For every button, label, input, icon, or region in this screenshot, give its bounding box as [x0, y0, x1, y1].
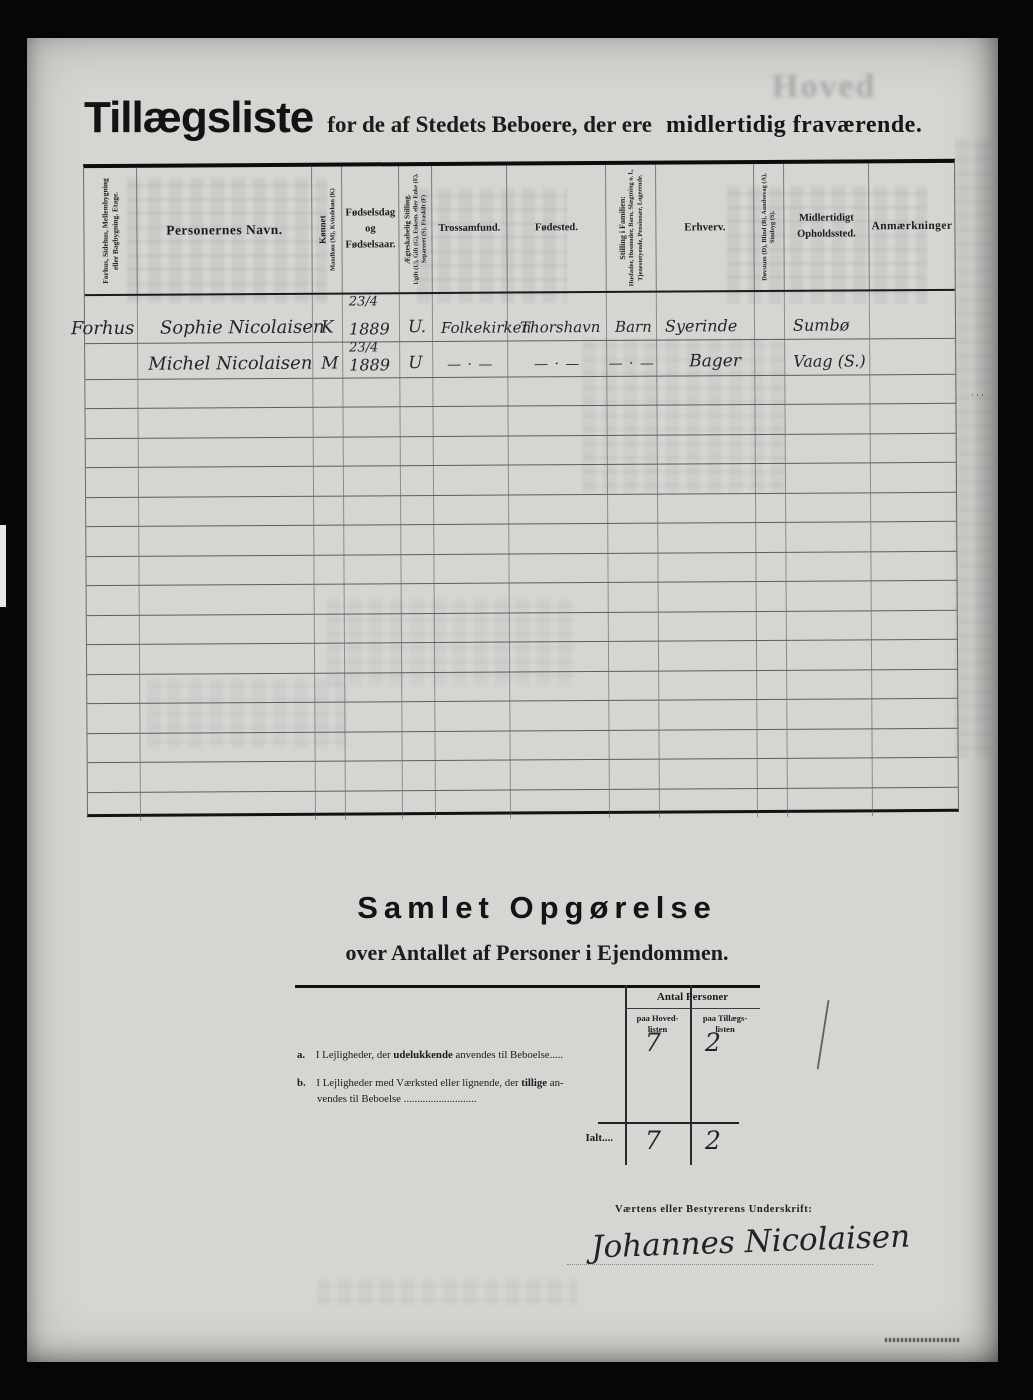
- table-cell: [316, 791, 346, 820]
- summary-row-a: a. I Lejligheder, der udelukkende anvend…: [297, 1048, 612, 1064]
- table-cell: [140, 703, 315, 733]
- table-cell: [659, 641, 757, 670]
- table-cell: [510, 642, 609, 671]
- table-cell: [315, 614, 345, 643]
- table-cell: [314, 467, 344, 496]
- cell-birthplace: — · —: [508, 341, 607, 377]
- form-title-subtitle: for de af Stedets Beboere, der ere: [327, 112, 652, 138]
- table-cell: [872, 611, 957, 640]
- table-cell: [872, 581, 957, 610]
- table-cell: [345, 702, 402, 731]
- table-cell: [757, 671, 787, 700]
- table-cell: [609, 642, 659, 671]
- table-cell: [510, 583, 609, 612]
- table-cell: [756, 464, 786, 493]
- table-cell: [86, 409, 139, 438]
- table-cell: [609, 671, 659, 700]
- header-sex: Kønnet Mandkøn (M), Kvindekøn (K): [312, 167, 343, 293]
- cell-building: Forhus: [85, 296, 138, 343]
- cell-marital: U.: [400, 294, 433, 341]
- table-cell: [510, 672, 609, 701]
- table-cell: [403, 761, 436, 790]
- cell-occupation: Syerinde: [657, 292, 755, 340]
- table-cell: [140, 644, 315, 674]
- table-cell: [314, 437, 344, 466]
- cell-building: [85, 344, 138, 379]
- table-cell: [510, 731, 609, 760]
- summary-section: Samlet Opgørelse over Antallet af Person…: [267, 890, 807, 1200]
- table-cell: [403, 791, 436, 820]
- table-cell: [141, 791, 316, 821]
- table-cell: [345, 673, 402, 702]
- table-cell: [139, 556, 314, 586]
- scan-background: { "page": { "title": "Tillægsliste", "su…: [0, 0, 1033, 1400]
- summary-title: Samlet Opgørelse: [267, 890, 807, 926]
- header-occupation: Erhverv.: [656, 164, 755, 291]
- cell-family: — · —: [607, 341, 657, 376]
- header-faith: Trossamfund.: [432, 166, 508, 292]
- cell-residence: Sumbø: [785, 291, 870, 339]
- scan-artifact-dots: ···: [971, 390, 986, 400]
- table-cell: [872, 728, 957, 757]
- summary-group-underline: [625, 1008, 760, 1009]
- header-name: Personernes Navn.: [137, 167, 313, 294]
- summary-value-a-hoved: 7: [645, 1028, 661, 1057]
- table-cell: [787, 670, 872, 699]
- table-cell: [139, 408, 314, 438]
- table-cell: [402, 584, 435, 613]
- cell-faith: Folkekirken: [433, 294, 508, 341]
- form-title-subtitle-bold: midlertidig fraværende.: [666, 112, 922, 139]
- table-cell: [346, 761, 403, 790]
- table-row-sophie: Forhus Sophie Nicolaisen K 23/4 1889 U. …: [85, 291, 955, 344]
- table-blank-row: [88, 787, 958, 821]
- table-cell: [344, 437, 401, 466]
- table-cell: [756, 553, 786, 582]
- summary-total-line: [598, 1122, 739, 1124]
- cell-sex: M: [313, 343, 343, 378]
- table-cell: [435, 731, 510, 760]
- table-cell: [139, 438, 314, 468]
- table-cell: [610, 789, 660, 818]
- table-cell: [87, 674, 140, 703]
- table-cell: [870, 404, 955, 433]
- table-cell: [509, 465, 608, 494]
- table-cell: [343, 378, 400, 407]
- table-cell: [435, 584, 510, 613]
- table-cell: [315, 732, 345, 761]
- table-cell: [401, 555, 434, 584]
- summary-table-vline: [690, 985, 692, 1165]
- table-cell: [608, 495, 658, 524]
- table-cell: [139, 467, 314, 497]
- table-cell: [401, 496, 434, 525]
- table-cell: [658, 523, 756, 552]
- table-cell: [872, 699, 957, 728]
- table-cell: [344, 555, 401, 584]
- table-cell: [786, 434, 871, 463]
- header-marital-status: Ægteskabelig Stilling. Ugift (U), Gift (…: [399, 166, 433, 292]
- table-body: Forhus Sophie Nicolaisen K 23/4 1889 U. …: [85, 291, 958, 821]
- table-cell: [402, 702, 435, 731]
- table-cell: [344, 408, 401, 437]
- table-cell: [509, 495, 608, 524]
- table-cell: [138, 379, 313, 409]
- table-cell: [659, 582, 757, 611]
- table-cell: [508, 377, 607, 406]
- table-cell: [402, 732, 435, 761]
- table-cell: [87, 586, 140, 615]
- table-cell: [314, 408, 344, 437]
- table-cell: [787, 699, 872, 728]
- table-cell: [785, 375, 870, 404]
- table-cell: [140, 732, 315, 762]
- header-temporary-residence: Midlertidigt Opholdssted.: [784, 163, 870, 290]
- header-remarks: Anmærkninger: [869, 163, 955, 290]
- table-cell: [315, 644, 345, 673]
- table-cell: [435, 702, 510, 731]
- table-cell: [660, 789, 758, 818]
- table-cell: [434, 466, 509, 495]
- table-cell: [434, 407, 509, 436]
- table-cell: [756, 494, 786, 523]
- signature-block: Værtens eller Bestyrerens Underskrift: J…: [567, 1196, 907, 1326]
- table-cell: [140, 614, 315, 644]
- table-cell: [787, 582, 872, 611]
- cell-name: Michel Nicolaisen: [138, 343, 313, 379]
- table-cell: [315, 703, 345, 732]
- table-cell: [345, 643, 402, 672]
- bleedthrough-text: [955, 138, 995, 758]
- table-cell: [86, 498, 139, 527]
- table-cell: [314, 496, 344, 525]
- table-cell: [434, 495, 509, 524]
- table-cell: [401, 525, 434, 554]
- printer-mark: [885, 1338, 961, 1342]
- table-cell: [436, 790, 511, 819]
- summary-table-vline: [625, 985, 627, 1165]
- table-cell: [401, 437, 434, 466]
- table-cell: [756, 435, 786, 464]
- table-cell: [86, 527, 139, 556]
- table-cell: [139, 497, 314, 527]
- summary-group-header: Antal Personer: [625, 991, 760, 1003]
- table-cell: [787, 641, 872, 670]
- table-cell: [511, 760, 610, 789]
- table-cell: [140, 585, 315, 615]
- cell-sex: K: [313, 295, 343, 342]
- table-cell: [509, 524, 608, 553]
- table-cell: [757, 612, 787, 641]
- table-cell: [402, 673, 435, 702]
- summary-value-total-hoved: 7: [645, 1126, 661, 1155]
- header-birthdate: Fødselsdag og Fødselsaar.: [342, 166, 400, 292]
- table-cell: [315, 585, 345, 614]
- table-cell: [608, 465, 658, 494]
- table-cell: [316, 762, 346, 791]
- table-cell: [88, 792, 141, 821]
- cell-birthdate: 23/4 1889: [343, 294, 400, 341]
- table-cell: [871, 552, 956, 581]
- table-cell: [433, 378, 508, 407]
- table-cell: [85, 380, 138, 409]
- header-building: Forhus, Sidehus, Mellembygning eller Bag…: [84, 168, 138, 294]
- table-cell: [873, 787, 958, 816]
- signature-handwritten-name: Johannes Nicolaisen: [590, 1218, 910, 1265]
- header-family-position: Stilling i Familien: Husfader, Husmoder,…: [606, 165, 657, 291]
- form-title-main: Tillægsliste: [84, 93, 313, 143]
- table-cell: [87, 733, 140, 762]
- table-cell: [510, 613, 609, 642]
- cell-name: Sophie Nicolaisen: [138, 295, 313, 343]
- table-cell: [755, 405, 785, 434]
- summary-total-label: Ialt....: [529, 1132, 613, 1144]
- table-cell: [658, 553, 756, 582]
- table-cell: [509, 436, 608, 465]
- cell-birthdate: 23/4 1889: [343, 342, 400, 377]
- cell-residence: Vaag (S.): [785, 339, 870, 375]
- table-cell: [86, 468, 139, 497]
- table-cell: [871, 463, 956, 492]
- table-cell: [658, 464, 756, 493]
- header-disability: Døvstum (D), Blind (B), Aandssvag (A), S…: [754, 164, 785, 290]
- table-cell: [658, 494, 756, 523]
- summary-subtitle: over Antallet af Personer i Ejendommen.: [267, 940, 807, 966]
- table-cell: [608, 406, 658, 435]
- table-cell: [401, 466, 434, 495]
- table-cell: [86, 557, 139, 586]
- table-cell: [315, 673, 345, 702]
- table-cell: [609, 583, 659, 612]
- table-cell: [757, 729, 787, 758]
- table-cell: [400, 378, 433, 407]
- table-cell: [436, 761, 511, 790]
- table-cell: [87, 704, 140, 733]
- table-cell: [435, 672, 510, 701]
- table-cell: [344, 467, 401, 496]
- table-cell: [871, 522, 956, 551]
- table-cell: [786, 552, 871, 581]
- table-cell: [872, 640, 957, 669]
- table-cell: [757, 700, 787, 729]
- cell-disability: [755, 340, 785, 375]
- table-cell: [88, 763, 141, 792]
- table-cell: [788, 758, 873, 787]
- summary-value-a-tillaeg: 2: [705, 1028, 721, 1057]
- table-cell: [871, 493, 956, 522]
- census-form-page: Hoved Tillægsliste for de af Stedets Beb…: [27, 38, 998, 1362]
- table-row-michel: Michel Nicolaisen M 23/4 1889 U — · — — …: [85, 339, 955, 380]
- table-cell: [871, 434, 956, 463]
- cell-faith: — · —: [433, 342, 508, 377]
- table-cell: [873, 758, 958, 787]
- table-cell: [658, 406, 756, 435]
- cell-marital: U: [400, 342, 433, 377]
- cell-occupation: Bager: [657, 340, 755, 376]
- cell-birthplace: Thorshavn: [508, 293, 607, 341]
- table-cell: [756, 523, 786, 552]
- table-cell: [434, 554, 509, 583]
- bleedthrough-text: [317, 1278, 577, 1306]
- table-cell: [609, 701, 659, 730]
- table-cell: [660, 759, 758, 788]
- table-cell: [658, 435, 756, 464]
- table-cell: [345, 584, 402, 613]
- table-cell: [659, 700, 757, 729]
- roster-table-header: Forhus, Sidehus, Mellembygning eller Bag…: [84, 163, 955, 296]
- table-cell: [313, 379, 343, 408]
- summary-value-total-tillaeg: 2: [705, 1126, 721, 1155]
- table-cell: [87, 616, 140, 645]
- table-cell: [344, 526, 401, 555]
- table-cell: [511, 789, 610, 818]
- table-cell: [434, 525, 509, 554]
- table-cell: [402, 614, 435, 643]
- table-cell: [755, 376, 785, 405]
- table-cell: [609, 730, 659, 759]
- roster-table: Forhus, Sidehus, Mellembygning eller Bag…: [83, 159, 959, 817]
- header-birthplace: Fødested.: [507, 165, 607, 292]
- table-cell: [787, 611, 872, 640]
- table-cell: [401, 407, 434, 436]
- cell-remarks: [870, 291, 955, 339]
- table-cell: [608, 553, 658, 582]
- table-cell: [87, 645, 140, 674]
- table-cell: [510, 701, 609, 730]
- table-cell: [657, 376, 755, 405]
- table-cell: [608, 436, 658, 465]
- table-cell: [788, 788, 873, 817]
- cell-remarks: [870, 339, 955, 375]
- table-cell: [345, 732, 402, 761]
- table-cell: [872, 669, 957, 698]
- cell-disability: [755, 292, 785, 339]
- table-cell: [314, 555, 344, 584]
- table-cell: [757, 641, 787, 670]
- table-cell: [141, 762, 316, 792]
- table-cell: [314, 526, 344, 555]
- table-cell: [346, 791, 403, 820]
- table-cell: [610, 760, 660, 789]
- table-cell: [509, 554, 608, 583]
- table-cell: [435, 613, 510, 642]
- summary-row-b: b. I Lejligheder med Værksted eller lign…: [297, 1076, 617, 1107]
- form-title: Tillægsliste for de af Stedets Beboere, …: [84, 93, 922, 143]
- table-cell: [870, 375, 955, 404]
- table-cell: [509, 406, 608, 435]
- table-cell: [86, 439, 139, 468]
- table-cell: [435, 643, 510, 672]
- table-cell: [758, 759, 788, 788]
- table-cell: [786, 464, 871, 493]
- table-cell: [344, 496, 401, 525]
- scan-artifact: [0, 525, 6, 607]
- table-cell: [758, 788, 788, 817]
- pen-stroke-artifact: [817, 1000, 846, 1072]
- table-cell: [607, 377, 657, 406]
- table-cell: [785, 405, 870, 434]
- table-cell: [786, 493, 871, 522]
- table-cell: [609, 612, 659, 641]
- table-cell: [659, 612, 757, 641]
- table-cell: [757, 582, 787, 611]
- table-cell: [608, 524, 658, 553]
- table-cell: [402, 643, 435, 672]
- table-cell: [139, 526, 314, 556]
- table-cell: [140, 673, 315, 703]
- signature-line: [567, 1264, 873, 1265]
- signature-caption: Værtens eller Bestyrerens Underskrift:: [615, 1204, 812, 1215]
- table-cell: [787, 729, 872, 758]
- table-cell: [345, 614, 402, 643]
- table-cell: [434, 436, 509, 465]
- table-cell: [659, 730, 757, 759]
- cell-family: Barn: [607, 293, 657, 340]
- table-cell: [786, 523, 871, 552]
- summary-col-tillaegslisten: paa Tillægs- listen: [690, 1013, 760, 1034]
- table-cell: [659, 671, 757, 700]
